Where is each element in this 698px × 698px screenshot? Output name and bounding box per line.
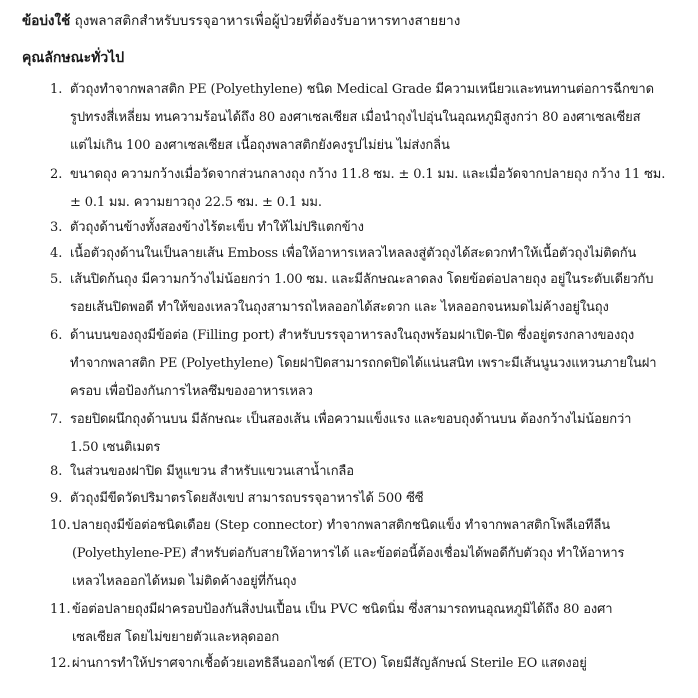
- indication-line: ข้อบ่งใช้ ถุงพลาสติกสำหรับบรรจุอาหารเพื่…: [22, 12, 692, 30]
- item-line: ในส่วนของฝาปิด มีหูแขวน สำหรับแขวนเสาน้ำ…: [70, 458, 698, 486]
- item-line: เส้นปิดก้นถุง มีความกว้างไม่น้อยกว่า 1.0…: [70, 266, 698, 294]
- item-number: 9.: [50, 485, 70, 513]
- item-line: เซลเซียส โดยไม่ขยายตัวและหลุดออก: [72, 624, 698, 652]
- item-number: 4.: [50, 240, 70, 268]
- list-item-5: 5. เส้นปิดก้นถุง มีความกว้างไม่น้อยกว่า …: [50, 266, 690, 322]
- list-item-1: 1. ตัวถุงทำจากพลาสติก PE (Polyethylene) …: [50, 76, 690, 160]
- item-line: ปลายถุงมีข้อต่อชนิดเดือย (Step connector…: [72, 512, 698, 540]
- item-line: ข้อต่อปลายถุงมีฝาครอบป้องกันสิ่งปนเปื้อน…: [72, 596, 698, 624]
- item-line: เนื้อตัวถุงด้านในเป็นลายเส้น Emboss เพื่…: [70, 240, 698, 268]
- item-line: ± 0.1 มม. ความยาวถุง 22.5 ซม. ± 0.1 มม.: [70, 189, 698, 217]
- indication-text: ถุงพลาสติกสำหรับบรรจุอาหารเพื่อผู้ป่วยที…: [75, 13, 461, 29]
- item-line: เหลวไหลออกได้หมด ไม่ติดค้างอยู่ที่ก้นถุง: [72, 568, 698, 596]
- item-line: ด้านบนของถุงมีข้อต่อ (Filling port) สำหร…: [70, 322, 698, 350]
- item-number: 1.: [50, 76, 70, 104]
- item-number: 11.: [50, 596, 72, 624]
- item-number: 3.: [50, 214, 70, 242]
- item-line: ตัวถุงมีขีดวัดปริมาตรโดยสังเขป สามารถบรร…: [70, 485, 698, 513]
- spec-document: ข้อบ่งใช้ ถุงพลาสติกสำหรับบรรจุอาหารเพื่…: [0, 0, 698, 698]
- item-number: 6.: [50, 322, 70, 350]
- item-line: รูปทรงสี่เหลี่ยม ทนความร้อนได้ถึง 80 องศ…: [70, 104, 698, 132]
- item-line: ขนาดถุง ความกว้างเมื่อวัดจากส่วนกลางถุง …: [70, 161, 698, 189]
- list-item-11: 11. ข้อต่อปลายถุงมีฝาครอบป้องกันสิ่งปนเป…: [50, 596, 690, 652]
- section-title-general-properties: คุณลักษณะทั่วไป: [22, 49, 124, 67]
- item-number: 2.: [50, 161, 70, 189]
- list-item-6: 6. ด้านบนของถุงมีข้อต่อ (Filling port) ส…: [50, 322, 690, 406]
- item-line: แต่ไม่เกิน 100 องศาเซลเซียส เนื้อถุงพลาส…: [70, 132, 698, 160]
- indication-label: ข้อบ่งใช้: [22, 13, 70, 29]
- list-item-9: 9. ตัวถุงมีขีดวัดปริมาตรโดยสังเขป สามารถ…: [50, 485, 690, 513]
- list-item-2: 2. ขนาดถุง ความกว้างเมื่อวัดจากส่วนกลางถ…: [50, 161, 690, 217]
- item-line: (Polyethylene-PE) สำหรับต่อกับสายให้อาหา…: [72, 540, 698, 568]
- item-line: รอยเส้นปิดพอดี ทำให้ของเหลวในถุงสามารถไห…: [70, 294, 698, 322]
- list-item-10: 10. ปลายถุงมีข้อต่อชนิดเดือย (Step conne…: [50, 512, 690, 596]
- item-number: 8.: [50, 458, 70, 486]
- item-number: 7.: [50, 406, 70, 434]
- item-line: ตัวถุงด้านข้างทั้งสองข้างไร้ตะเข็บ ทำให้…: [70, 214, 698, 242]
- list-item-4: 4. เนื้อตัวถุงด้านในเป็นลายเส้น Emboss เ…: [50, 240, 690, 268]
- item-number: 10.: [50, 512, 72, 540]
- item-line: ทำจากพลาสติก PE (Polyethylene) โดยฝาปิดส…: [70, 350, 698, 378]
- list-item-3: 3. ตัวถุงด้านข้างทั้งสองข้างไร้ตะเข็บ ทำ…: [50, 214, 690, 242]
- list-item-7: 7. รอยปิดผนึกถุงด้านบน มีลักษณะ เป็นสองเ…: [50, 406, 690, 462]
- item-line: ผ่านการทำให้ปราศจากเชื้อด้วยเอทธิลีนออกไ…: [72, 650, 698, 678]
- list-item-12: 12. ผ่านการทำให้ปราศจากเชื้อด้วยเอทธิลีน…: [50, 650, 690, 678]
- item-line: ครอบ เพื่อป้องกันการไหลซึมของอาหารเหลว: [70, 378, 698, 406]
- item-number: 12.: [50, 650, 72, 678]
- item-number: 5.: [50, 266, 70, 294]
- list-item-8: 8. ในส่วนของฝาปิด มีหูแขวน สำหรับแขวนเสา…: [50, 458, 690, 486]
- item-line: รอยปิดผนึกถุงด้านบน มีลักษณะ เป็นสองเส้น…: [70, 406, 698, 434]
- item-line: ตัวถุงทำจากพลาสติก PE (Polyethylene) ชนิ…: [70, 76, 698, 104]
